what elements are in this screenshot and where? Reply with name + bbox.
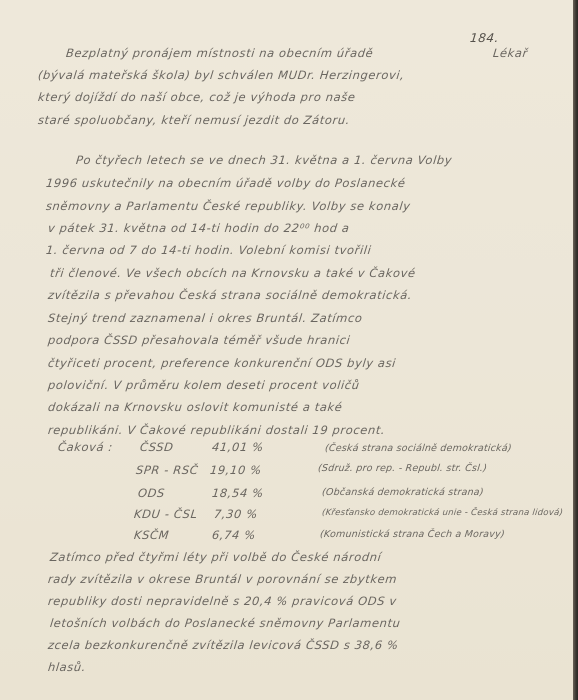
party-full-name: (Sdruž. pro rep. - Republ. str. Čsl.) [317, 463, 487, 474]
text-line: který dojíždí do naší obce, což je výhod… [37, 90, 356, 104]
notebook-page: 184. Lékař Bezplatný pronájem místnosti … [0, 0, 573, 700]
party-full-name: (Občanská demokratická strana) [321, 487, 484, 498]
party-abbrev: ODS [137, 486, 165, 500]
text-line: sněmovny a Parlamentu České republiky. V… [45, 199, 411, 213]
margin-heading: Lékař [492, 46, 528, 60]
text-line: zcela bezkonkurenčně zvítězila levicová … [47, 638, 399, 652]
text-line: 1996 uskutečnily na obecním úřadě volby … [45, 176, 406, 190]
text-line: podpora ČSSD přesahovala téměř všude hra… [47, 333, 351, 347]
text-line: staré spoluobčany, kteří nemusí jezdit d… [37, 113, 351, 127]
text-line: Po čtyřech letech se ve dnech 31. května… [75, 153, 453, 167]
vote-share: 18,54 % [211, 486, 264, 500]
party-abbrev: KSČM [133, 528, 170, 542]
party-abbrev: KDU - ČSL [133, 507, 198, 521]
vote-share: 7,30 % [213, 507, 258, 521]
party-abbrev: SPR - RSČ [135, 463, 199, 477]
text-line: hlasů. [47, 660, 87, 674]
text-line: letošních volbách do Poslanecké sněmovny… [49, 616, 401, 630]
page-edge-border [573, 0, 578, 700]
text-line: republiky dosti nepravidelně s 20,4 % pr… [47, 594, 397, 608]
text-line: 1. června od 7 do 14-ti hodin. Volební k… [45, 243, 372, 257]
text-line: poloviční. V průměru kolem deseti procen… [47, 378, 360, 392]
text-line: (bývalá mateřská škola) byl schválen MUD… [37, 68, 405, 82]
text-line: zvítězila s převahou Česká strana sociál… [47, 288, 413, 302]
page-number: 184. [469, 31, 500, 45]
text-line: rady zvítězila v okrese Bruntál v porovn… [47, 572, 398, 586]
text-line: Zatímco před čtyřmi léty při volbě do Če… [49, 550, 382, 564]
vote-share: 19,10 % [209, 463, 262, 477]
party-full-name: (Česká strana sociálně demokratická) [324, 443, 512, 454]
text-line: Bezplatný pronájem místnosti na obecním … [65, 46, 374, 60]
party-full-name: (Křesťansko demokratická unie - Česká st… [321, 508, 563, 518]
party-abbrev: ČSSD [139, 440, 174, 454]
text-line: Stejný trend zaznamenal i okres Bruntál.… [47, 311, 363, 325]
text-line: dokázali na Krnovsku oslovit komunisté a… [47, 400, 343, 414]
vote-share: 6,74 % [211, 528, 256, 542]
text-line: tři členové. Ve všech obcích na Krnovsku… [49, 266, 416, 280]
text-line: čtyřiceti procent, preference konkurenčn… [47, 356, 396, 370]
party-full-name: (Komunistická strana Čech a Moravy) [319, 529, 505, 540]
vote-share: 41,01 % [211, 440, 264, 454]
village-label: Čaková : [57, 440, 113, 454]
text-line: v pátek 31. května od 14-ti hodin do 22⁰… [47, 221, 350, 235]
text-line: republikáni. V Čakové republikáni dostal… [47, 423, 386, 437]
